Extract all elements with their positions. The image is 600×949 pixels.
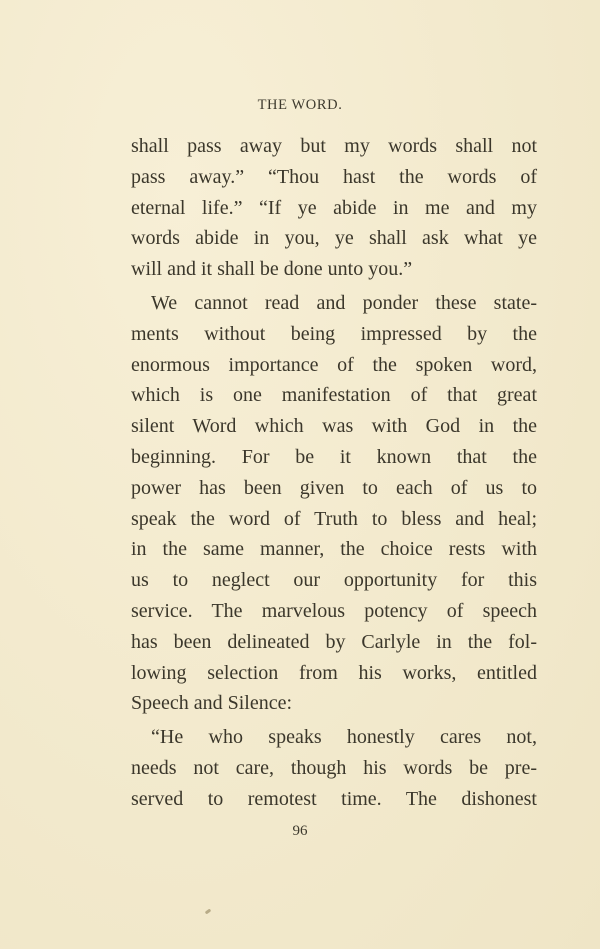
text-line: Speech and Silence: <box>131 688 537 719</box>
text-line: in the same manner, the choice rests wit… <box>131 534 537 565</box>
text-line: speak the word of Truth to bless and hea… <box>131 504 537 535</box>
text-line: served to remotest time. The dishonest <box>131 784 537 815</box>
body-text: shall pass away but my words shall not p… <box>131 131 537 815</box>
text-line: service. The marvelous potency of speech <box>131 596 537 627</box>
text-line: us to neglect our opportunity for this <box>131 565 537 596</box>
running-head: THE WORD. <box>0 97 600 114</box>
text-line: which is one manifestation of that great <box>131 380 537 411</box>
page-number: 96 <box>0 823 600 840</box>
text-line: words abide in you, ye shall ask what ye <box>131 223 537 254</box>
text-line: has been delineated by Carlyle in the fo… <box>131 627 537 658</box>
text-line: ments without being impressed by the <box>131 319 537 350</box>
text-line: silent Word which was with God in the <box>131 411 537 442</box>
text-line: enormous importance of the spoken word, <box>131 350 537 381</box>
paragraph-2: We cannot read and ponder these state- m… <box>131 288 537 719</box>
text-line: pass away.” “Thou hast the words of <box>131 162 537 193</box>
text-line: will and it shall be done unto you.” <box>131 254 537 285</box>
text-line: needs not care, though his words be pre- <box>131 753 537 784</box>
text-line: “He who speaks honestly cares not, <box>131 722 537 753</box>
text-line: eternal life.” “If ye abide in me and my <box>131 193 537 224</box>
text-line: shall pass away but my words shall not <box>131 131 537 162</box>
paragraph-1: shall pass away but my words shall not p… <box>131 131 537 285</box>
paragraph-3: “He who speaks honestly cares not, needs… <box>131 722 537 814</box>
text-line: lowing selection from his works, entitle… <box>131 658 537 689</box>
paper-speck <box>205 909 212 915</box>
text-line: beginning. For be it known that the <box>131 442 537 473</box>
text-line: We cannot read and ponder these state- <box>131 288 537 319</box>
text-line: power has been given to each of us to <box>131 473 537 504</box>
